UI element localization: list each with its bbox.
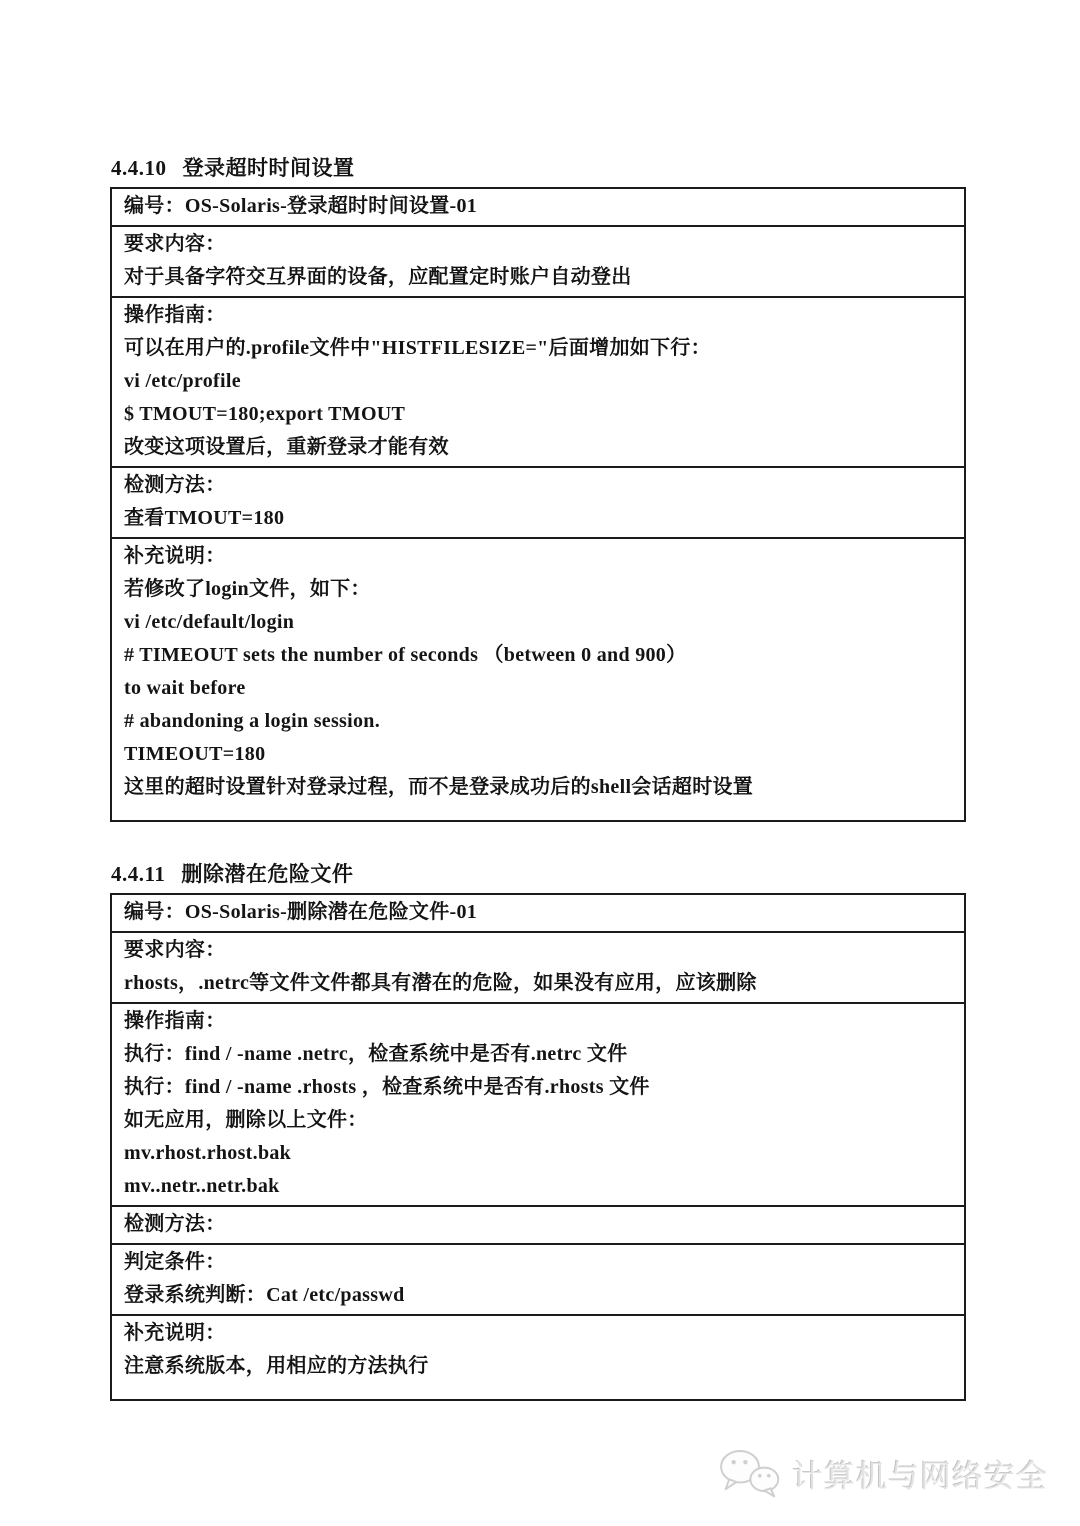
- table-row: 操作指南：执行：find / -name .netrc，检查系统中是否有.net…: [112, 1004, 964, 1207]
- section-number: 4.4.11: [111, 862, 165, 887]
- table-row-label: 编号：OS-Solaris-登录超时时间设置-01: [112, 190, 964, 223]
- table-row: 编号：OS-Solaris-删除潜在危险文件-01: [112, 895, 964, 933]
- table-row-line: 登录系统判断：Cat /etc/passwd: [112, 1279, 964, 1312]
- table-row-label: 补充说明：: [112, 1317, 964, 1350]
- table-row-line: 对于具备字符交互界面的设备，应配置定时账户自动登出: [112, 261, 964, 294]
- table-row-label: 操作指南：: [112, 299, 964, 332]
- table-row-line: 如无应用，删除以上文件：: [112, 1104, 964, 1137]
- section-number: 4.4.10: [111, 156, 167, 181]
- table-row-label: 编号：OS-Solaris-删除潜在危险文件-01: [112, 896, 964, 929]
- requirement-table: 编号：OS-Solaris-登录超时时间设置-01要求内容：对于具备字符交互界面…: [110, 187, 966, 822]
- table-row-label: 判定条件：: [112, 1246, 964, 1279]
- table-row-line: # abandoning a login session.: [112, 705, 964, 738]
- table-row: 补充说明：若修改了login文件，如下：vi /etc/default/logi…: [112, 539, 964, 820]
- table-row-line: rhosts，.netrc等文件文件都具有潜在的危险，如果没有应用，应该删除: [112, 967, 964, 1000]
- table-row-line: 若修改了login文件，如下：: [112, 573, 964, 606]
- table-row-line: 查看TMOUT=180: [112, 502, 964, 535]
- table-row-label: 检测方法：: [112, 1208, 964, 1241]
- table-row-line: vi /etc/default/login: [112, 606, 964, 639]
- table-row-label: 要求内容：: [112, 228, 964, 261]
- table-row-line: 执行：find / -name .rhosts ，检查系统中是否有.rhosts…: [112, 1071, 964, 1104]
- table-row-line: 执行：find / -name .netrc，检查系统中是否有.netrc 文件: [112, 1038, 964, 1071]
- table-row-label: 补充说明：: [112, 540, 964, 573]
- table-row-label: 检测方法：: [112, 469, 964, 502]
- table-row: 操作指南：可以在用户的.profile文件中"HISTFILESIZE="后面增…: [112, 298, 964, 468]
- table-row-label: 要求内容：: [112, 934, 964, 967]
- document-page: 4.4.10 登录超时时间设置 编号：OS-Solaris-登录超时时间设置-0…: [0, 0, 1080, 1526]
- table-row-line: TIMEOUT=180: [112, 738, 964, 771]
- wechat-icon: [716, 1446, 782, 1500]
- footer-watermark: 计算机与网络安全: [716, 1446, 1048, 1500]
- brand-text: 计算机与网络安全: [792, 1451, 1048, 1496]
- table-row: 编号：OS-Solaris-登录超时时间设置-01: [112, 189, 964, 227]
- table-row-line: 注意系统版本，用相应的方法执行: [112, 1350, 964, 1383]
- requirement-table: 编号：OS-Solaris-删除潜在危险文件-01要求内容：rhosts，.ne…: [110, 893, 966, 1401]
- table-row-line: 这里的超时设置针对登录过程，而不是登录成功后的shell会话超时设置: [112, 771, 964, 804]
- section-heading: 4.4.11 删除潜在危险文件: [111, 858, 966, 888]
- section-login-timeout: 4.4.10 登录超时时间设置 编号：OS-Solaris-登录超时时间设置-0…: [110, 152, 966, 822]
- section-title: 登录超时时间设置: [183, 152, 355, 182]
- table-row-line: 改变这项设置后，重新登录才能有效: [112, 431, 964, 464]
- table-row-line: # TIMEOUT sets the number of seconds （be…: [112, 639, 964, 672]
- section-remove-dangerous-files: 4.4.11 删除潜在危险文件 编号：OS-Solaris-删除潜在危险文件-0…: [110, 858, 966, 1401]
- table-row-line: $ TMOUT=180;export TMOUT: [112, 398, 964, 431]
- table-row-line: mv..netr..netr.bak: [112, 1170, 964, 1203]
- table-row: 检测方法：查看TMOUT=180: [112, 468, 964, 539]
- section-heading: 4.4.10 登录超时时间设置: [111, 152, 966, 182]
- table-row: 检测方法：: [112, 1207, 964, 1245]
- table-row: 补充说明：注意系统版本，用相应的方法执行: [112, 1316, 964, 1399]
- table-row: 判定条件：登录系统判断：Cat /etc/passwd: [112, 1245, 964, 1316]
- table-row-line: 可以在用户的.profile文件中"HISTFILESIZE="后面增加如下行：: [112, 332, 964, 365]
- table-row-line: to wait before: [112, 672, 964, 705]
- table-row-line: mv.rhost.rhost.bak: [112, 1137, 964, 1170]
- table-row-label: 操作指南：: [112, 1005, 964, 1038]
- table-row: 要求内容：对于具备字符交互界面的设备，应配置定时账户自动登出: [112, 227, 964, 298]
- table-row-line: vi /etc/profile: [112, 365, 964, 398]
- table-row: 要求内容：rhosts，.netrc等文件文件都具有潜在的危险，如果没有应用，应…: [112, 933, 964, 1004]
- section-title: 删除潜在危险文件: [181, 858, 353, 888]
